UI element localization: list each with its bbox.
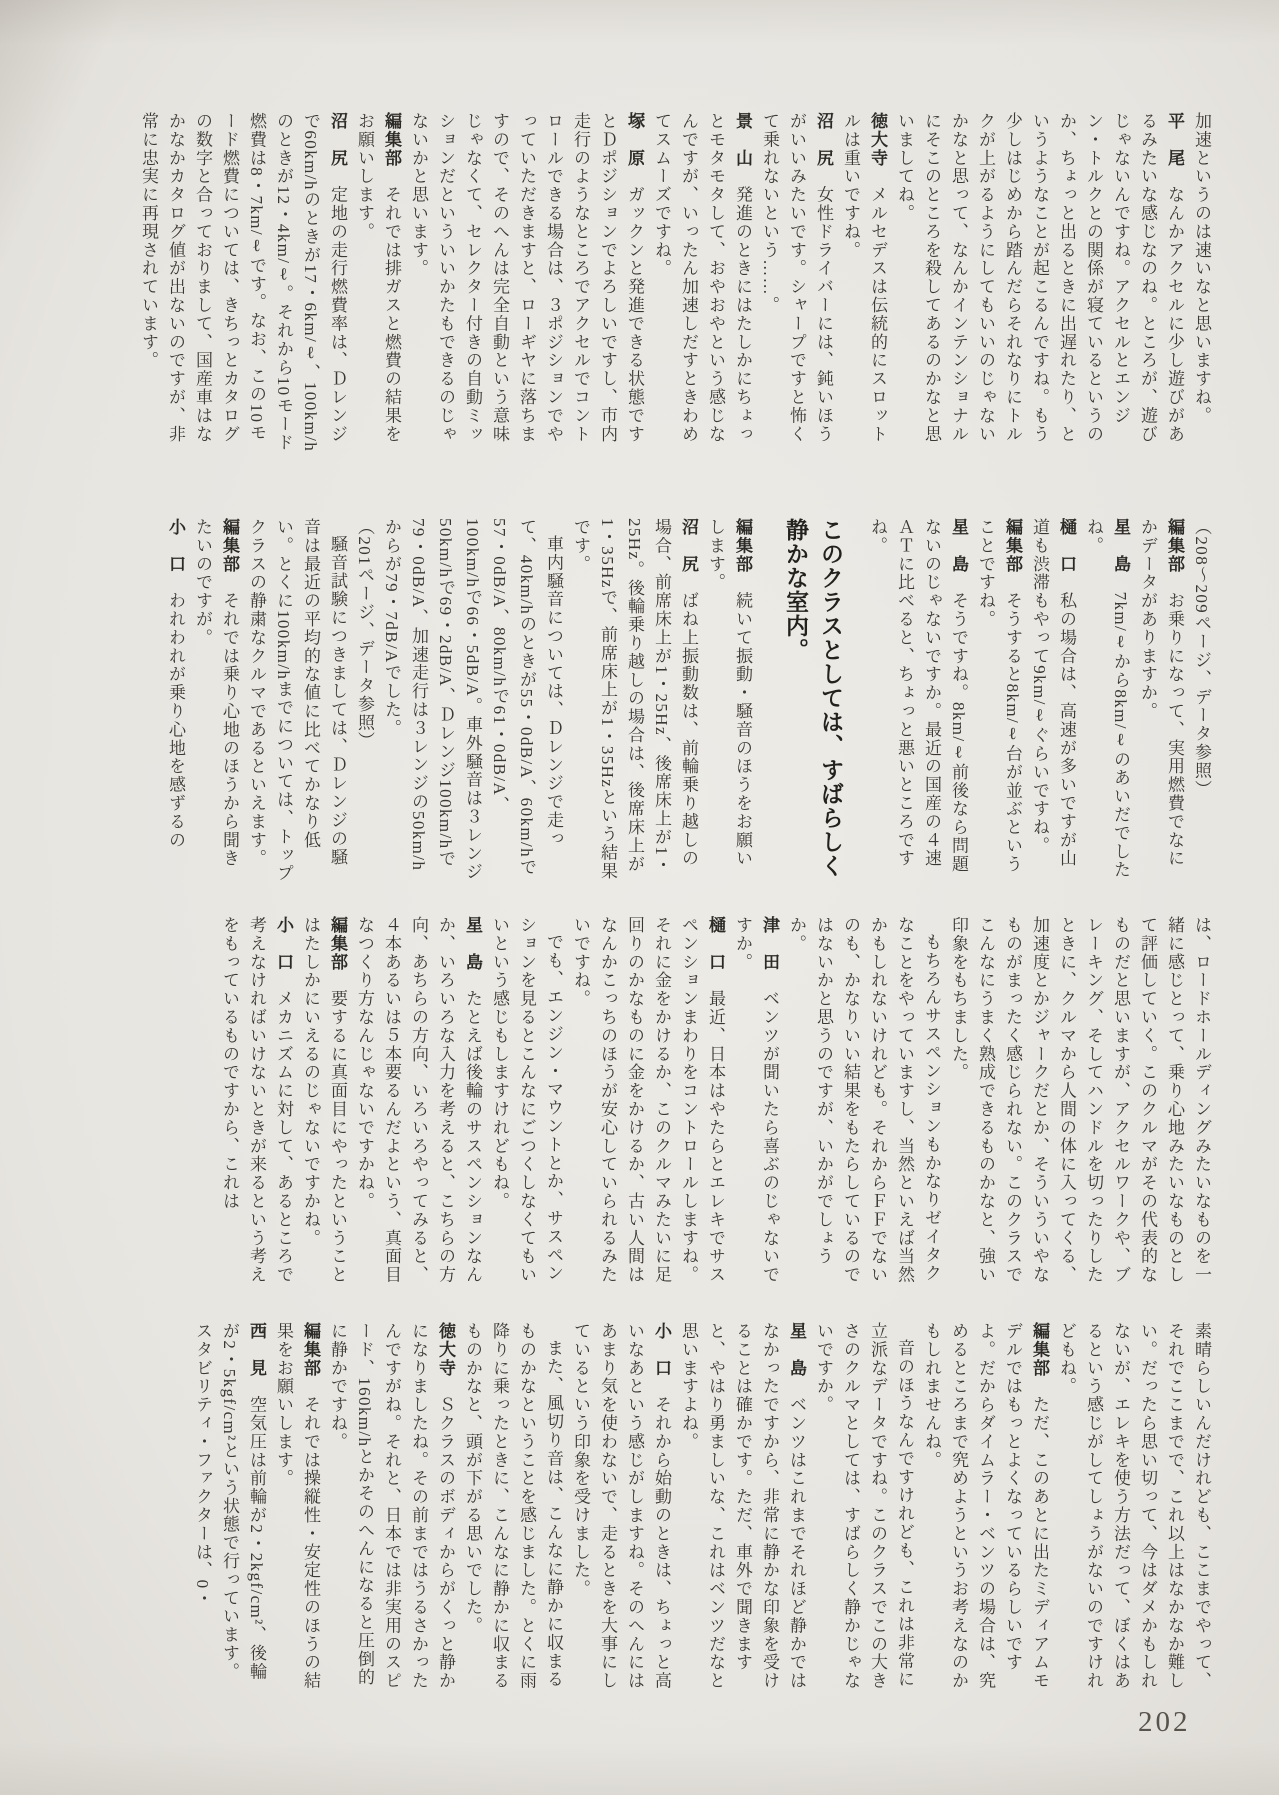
- dialogue-paragraph: 樋 口 私の場合は、高速が多いですが山道も渋滞もやって9km/ℓぐらいですね。: [1026, 518, 1080, 884]
- speaker-name: 沼 尻: [328, 112, 347, 167]
- speaker-name: 星 島: [463, 916, 482, 971]
- speaker-name: 星 島: [1111, 518, 1130, 573]
- speaker-name: 平 尾: [1165, 112, 1184, 167]
- dialogue-paragraph: （201ページ、データ参照）: [351, 518, 378, 884]
- dialogue-paragraph: 沼 尻 定地の走行燃費率は、Ｄレンジで60km/hのときが17・6km/ℓ、10…: [135, 112, 351, 460]
- dialogue-paragraph: （208〜209ページ、データ参照）: [1188, 518, 1215, 884]
- dialogue-paragraph: 津 田 ベンツが聞いたら喜ぶのじゃないですか。: [729, 916, 783, 1286]
- dialogue-paragraph: 景 山 発進のときにはたしかにちょっとモタモタして、おやおやという感じなんですが…: [648, 112, 756, 460]
- dialogue-paragraph: 素晴らしいんだけれども、ここまでやって、それでここまでで、これ以上はなかなか難し…: [1053, 1322, 1215, 1694]
- speaker-name: 編集部: [328, 916, 347, 971]
- dialogue-paragraph: 星 島 ベンツはこれまでそれほど静かではなかったですから、非常に静かな印象を受け…: [675, 1322, 810, 1694]
- dialogue-paragraph: 平 尾 なんかアクセルに少し遊びがあるみたいな感じなのね。ところが、遊びじゃない…: [891, 112, 1188, 460]
- dialogue-paragraph: 沼 尻 ばね上振動数は、前輪乗り越しの場合、前席床上が1・25Hz、後席床上が1…: [567, 518, 702, 884]
- dialogue-paragraph: 編集部 要するに真面目にやったということはたしかにいえるのじゃないですかね。: [297, 916, 351, 1286]
- dialogue-paragraph: 音のほうなんですけれども、これは非常に立派なデータですね。このクラスでこの大きさ…: [810, 1322, 918, 1694]
- dialogue-paragraph: 小 口 われわれが乗り心地を感ずるの: [162, 518, 189, 884]
- speaker-name: 沼 尻: [814, 112, 833, 167]
- dialogue-paragraph: 加速というのは速いなと思いますね。: [1188, 112, 1215, 460]
- dialogue-paragraph: でも、エンジン・マウントとか、サスペンションを見るとこんなにごつくしなくてもいい…: [486, 916, 567, 1286]
- dialogue-paragraph: 星 島 たとえば後輪のサスペンションなんか、いろいろな入力を考えると、こちらの方…: [351, 916, 486, 1286]
- dialogue-paragraph: 編集部 お乗りになって、実用燃費でなにかデータがありますか。: [1134, 518, 1188, 884]
- dialogue-paragraph: 沼 尻 女性ドライバーには、鈍いほうがいいみたいです。シャープですと怖くて乗れな…: [756, 112, 837, 460]
- dialogue-paragraph: 樋 口 最近、日本はやたらとエレキでサスペンションまわりをコントロールしますね。…: [567, 916, 729, 1286]
- speaker-name: 編集部: [1003, 518, 1022, 573]
- speaker-name: 星 島: [949, 518, 968, 573]
- speaker-name: 編集部: [382, 112, 401, 167]
- dialogue-paragraph: 徳大寺 メルセデスは伝統的にスロットルは重いですね。: [837, 112, 891, 460]
- dialogue-paragraph: 小 口 メカニズムに対して、あるところで考えなければいけないときが来るという考え…: [216, 916, 297, 1286]
- dialogue-paragraph: 小 口 それから始動のときは、ちょっと高いなあという感じがしますね。そのへんには…: [567, 1322, 675, 1694]
- text-band-4: 素晴らしいんだけれども、ここまでやって、それでここまでで、これ以上はなかなか難し…: [55, 1322, 1215, 1694]
- dialogue-paragraph: 編集部 それでは乗り心地のほうから聞きたいのですが。: [189, 518, 243, 884]
- speaker-name: 編集部: [733, 518, 752, 573]
- text-band-1: 加速というのは速いなと思いますね。平 尾 なんかアクセルに少し遊びがあるみたいな…: [55, 112, 1215, 460]
- speaker-name: 徳大寺: [436, 1322, 455, 1377]
- speaker-name: 編集部: [301, 1322, 320, 1377]
- dialogue-paragraph: 編集部 続いて振動・騒音のほうをお願いします。: [702, 518, 756, 884]
- speaker-name: 西 見: [247, 1322, 266, 1377]
- section-headline: このクラスとしては、すばらしく静かな室内。: [778, 518, 848, 884]
- dialogue-paragraph: 西 見 空気圧は前輪が2・2kgf/cm²、後輪が2・5kgf/cm²という状態…: [189, 1322, 270, 1694]
- dialogue-paragraph: 編集部 ただ、このあとに出たミディアムモデルではもっとよくなっているらしいですよ…: [918, 1322, 1053, 1694]
- speaker-name: 徳大寺: [868, 112, 887, 167]
- speaker-name: 景 山: [733, 112, 752, 167]
- speaker-name: 樋 口: [1057, 518, 1076, 573]
- speaker-name: 塚 原: [625, 112, 644, 167]
- dialogue-paragraph: 徳大寺 Ｓクラスのボディからがくっと静かになりましたね。その前まではうるさかった…: [324, 1322, 459, 1694]
- speaker-name: 編集部: [220, 518, 239, 573]
- dialogue-paragraph: 編集部 そうすると8km/ℓ台が並ぶということですね。: [972, 518, 1026, 884]
- text-band-3: は、ロードホールディングみたいなものを一緒に感じとって、乗り心地みたいなものとし…: [55, 916, 1215, 1286]
- dialogue-paragraph: 星 島 そうですね。8km/ℓ前後なら問題ないのじゃないですか。最近の国産の４速…: [864, 518, 972, 884]
- dialogue-paragraph: 編集部 それでは操縦性・安定性のほうの結果をお願いします。: [270, 1322, 324, 1694]
- speaker-name: 小 口: [274, 916, 293, 971]
- dialogue-paragraph: は、ロードホールディングみたいなものを一緒に感じとって、乗り心地みたいなものとし…: [945, 916, 1215, 1286]
- speaker-name: 小 口: [166, 518, 185, 573]
- text-band-2: （208〜209ページ、データ参照）編集部 お乗りになって、実用燃費でなにかデー…: [55, 518, 1215, 884]
- speaker-name: 編集部: [1030, 1322, 1049, 1377]
- dialogue-paragraph: 塚 原 ガックンと発進できる状態ですとＤポジションでよろしいですし、市内走行のよ…: [405, 112, 648, 460]
- dialogue-paragraph: また、風切り音は、こんなに静かに収まるものかなということを感じました。とくに雨降…: [459, 1322, 567, 1694]
- dialogue-paragraph: もちろんサスペンションもかなりゼイタクなことをやっていますし、当然といえば当然か…: [783, 916, 945, 1286]
- speaker-name: 編集部: [1165, 518, 1184, 573]
- page-number: 202: [1138, 1706, 1191, 1739]
- speaker-name: 小 口: [652, 1322, 671, 1377]
- magazine-scan-page: { "page": { "number": "202", "headline":…: [0, 0, 1279, 1795]
- speaker-name: 樋 口: [706, 916, 725, 971]
- speaker-name: 津 田: [760, 916, 779, 971]
- speaker-name: 星 島: [787, 1322, 806, 1377]
- dialogue-paragraph: 星 島 7km/ℓから8km/ℓのあいだでしたね。: [1080, 518, 1134, 884]
- speaker-name: 沼 尻: [679, 518, 698, 573]
- dialogue-paragraph: 車内騒音については、Ｄレンジで走って、40km/hのときが55・0dB/A、60…: [378, 518, 567, 884]
- dialogue-paragraph: 編集部 それでは排ガスと燃費の結果をお願いします。: [351, 112, 405, 460]
- dialogue-paragraph: 騒音試験につきましては、Ｄレンジの騒音は最近の平均的な値に比べてかなり低い。とく…: [243, 518, 351, 884]
